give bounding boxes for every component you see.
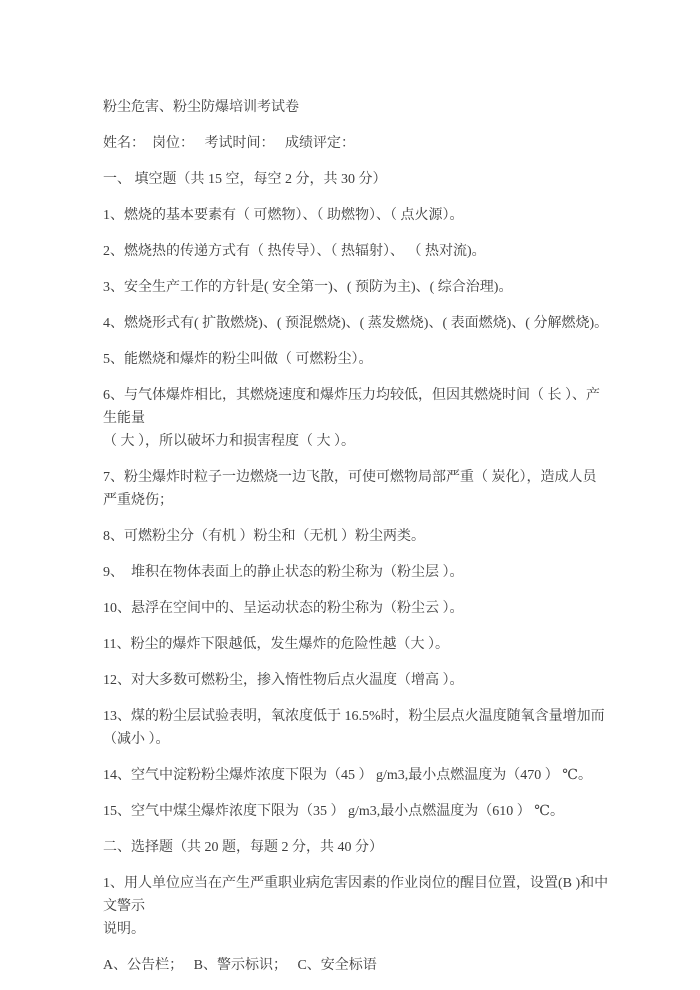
fill-blank-item-14: 14、空气中淀粉粉尘爆炸浓度下限为（45 ） g/m3,最小点燃温度为（470 … [103,764,610,787]
exam-paper-page: 粉尘危害、粉尘防爆培训考试卷 姓名： 岗位： 考试时间： 成绩评定： 一、 填空… [103,96,610,990]
fill-blank-item-7: 7、粉尘爆炸时粒子一边燃烧一边飞散，可使可燃物局部严重（ 炭化），造成人员严重烧… [103,466,610,512]
fill-blank-item-6: 6、与气体爆炸相比，其燃烧速度和爆炸压力均较低，但因其燃烧时间（ 长 ）、产生能… [103,384,610,453]
choice-question-1-options: A、公告栏； B、警示标识； C、安全标语 [103,954,610,977]
section1-heading: 一、 填空题（共 15 空，每空 2 分，共 30 分） [103,168,610,191]
fill-blank-item-3: 3、安全生产工作的方针是( 安全第一)、( 预防为主)、( 综合治理)。 [103,276,610,299]
fill-blank-item-1: 1、燃烧的基本要素有（ 可燃物）、（ 助燃物）、（ 点火源）。 [103,204,610,227]
fill-blank-item-9: 9、 堆积在物体表面上的静止状态的粉尘称为（粉尘层 ）。 [103,561,610,584]
fill-blank-item-8: 8、可燃粉尘分（有机 ）粉尘和（无机 ）粉尘两类。 [103,525,610,548]
fill-blank-item-13: 13、煤的粉尘层试验表明，氧浓度低于 16.5%时，粉尘层点火温度随氧含量增加而… [103,705,610,751]
document-title: 粉尘危害、粉尘防爆培训考试卷 [103,96,610,119]
header-fields: 姓名： 岗位： 考试时间： 成绩评定： [103,132,610,155]
fill-blank-item-15: 15、空气中煤尘爆炸浓度下限为（35 ） g/m3,最小点燃温度为（610 ） … [103,800,610,823]
fill-blank-item-5: 5、能燃烧和爆炸的粉尘叫做（ 可燃粉尘）。 [103,348,610,371]
section2-heading: 二、选择题（共 20 题，每题 2 分，共 40 分） [103,836,610,859]
fill-blank-item-4: 4、燃烧形式有( 扩散燃烧)、( 预混燃烧)、( 蒸发燃烧)、( 表面燃烧)、(… [103,312,610,335]
choice-question-1: 1、用人单位应当在产生严重职业病危害因素的作业岗位的醒目位置，设置(B )和中文… [103,872,610,941]
fill-blank-item-10: 10、悬浮在空间中的、呈运动状态的粉尘称为（粉尘云 ）。 [103,597,610,620]
fill-blank-item-11: 11、粉尘的爆炸下限越低，发生爆炸的危险性越（大 ）。 [103,633,610,656]
fill-blank-item-12: 12、对大多数可燃粉尘，掺入惰性物后点火温度（增高 ）。 [103,669,610,692]
fill-blank-item-2: 2、燃烧热的传递方式有（ 热传导）、（ 热辐射）、 （ 热对流)。 [103,240,610,263]
